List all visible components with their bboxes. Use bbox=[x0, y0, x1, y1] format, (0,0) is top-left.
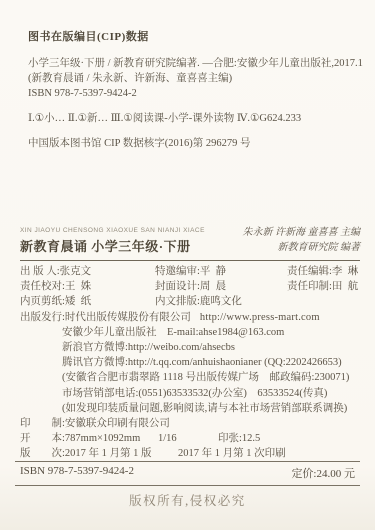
chief-editors: 朱永新 许新海 童喜喜 主编 bbox=[243, 226, 361, 241]
cip-record-number: 中国版本图书馆 CIP 数据核字(2016)第 296279 号 bbox=[28, 135, 361, 150]
format-fraction: 1/16 bbox=[158, 431, 218, 446]
quality-note: (如发现印装质量问题,影响阅读,请与本社市场营销部联系调换) bbox=[62, 401, 347, 416]
cip-isbn-line: ISBN 978-7-5397-9424-2 bbox=[28, 86, 361, 101]
cip-description-line: 小学三年级·下册 / 新教育研究院编著. —合肥:安徽少年儿童出版社,2017.… bbox=[28, 56, 361, 71]
publisher-contact-row: 安徽少年儿童出版社 E-mail:ahse1984@163.com bbox=[20, 325, 361, 340]
sina-weibo-url: 新浪官方微博:http://weibo.com/ahsecbs bbox=[62, 340, 235, 355]
isbn-number: ISBN 978-7-5397-9424-2 bbox=[20, 465, 134, 481]
colophon-section: 出 版 人:张克文 特邀编审:平 静 责任编辑:李 琳 责任校对:王 姝 封面设… bbox=[20, 264, 361, 462]
book-format: 开 本:787mm×1092mm bbox=[20, 431, 158, 446]
publisher-row: 出版发行:时代出版传媒股份有限公司 http://www.press-mart.… bbox=[20, 310, 361, 325]
printer-row: 印 制:安徽联众印刷有限公司 bbox=[20, 416, 361, 431]
book-title-pinyin: XIN JIAOYU CHENSONG XIAOXUE SAN NIANJI X… bbox=[20, 227, 205, 234]
impression: 2017 年 1 月第 1 次印刷 bbox=[178, 446, 361, 461]
staff-row: 出 版 人:张克文 特邀编审:平 静 责任编辑:李 琳 bbox=[20, 264, 361, 279]
publisher-person: 出 版 人:张克文 bbox=[20, 264, 155, 279]
tencent-weibo-row: 腾讯官方微博:http://t.qq.com/anhuishaonianer (… bbox=[20, 355, 361, 370]
cip-section: 图书在版编目(CIP)数据 小学三年级·下册 / 新教育研究院编著. —合肥:安… bbox=[28, 28, 361, 150]
format-row: 开 本:787mm×1092mm 1/16 印张:12.5 bbox=[20, 431, 361, 446]
copyright-notice: 版权所有,侵权必究 bbox=[0, 491, 375, 509]
isbn-price-strip: ISBN 978-7-5397-9424-2 定价:24.00 元 bbox=[15, 461, 360, 486]
staff-row: 责任校对:王 姝 封面设计:周 晨 责任印制:田 航 bbox=[20, 279, 361, 294]
price: 定价:24.00 元 bbox=[291, 465, 355, 481]
printer-name: 印 制:安徽联众印刷有限公司 bbox=[20, 416, 170, 431]
marketing-phone: 市场营销部电话:(0551)63533532(办公室) 63533524(传真) bbox=[62, 386, 327, 401]
edition: 版 次:2017 年 1 月第 1 版 bbox=[20, 446, 178, 461]
papercut-artist: 内页剪纸:矮 纸 bbox=[20, 294, 155, 309]
cover-designer: 封面设计:周 晨 bbox=[155, 279, 287, 294]
invited-reviewer: 特邀编审:平 静 bbox=[155, 264, 287, 279]
print-supervisor: 责任印制:田 航 bbox=[287, 279, 361, 294]
responsible-editor: 责任编辑:李 琳 bbox=[287, 264, 361, 279]
cip-description-line: (新教育晨诵 / 朱永新、许新海、童喜喜主编) bbox=[28, 71, 361, 86]
compiler: 新教育研究院 编著 bbox=[243, 241, 361, 256]
book-title: 新教育晨诵 小学三年级·下册 bbox=[20, 236, 205, 255]
publisher-url: http://www.press-mart.com bbox=[200, 310, 320, 325]
quality-note-row: (如发现印装质量问题,影响阅读,请与本社市场营销部联系调换) bbox=[20, 401, 361, 416]
typesetter: 内文排版:鹿鸣文化 bbox=[155, 294, 287, 309]
edition-row: 版 次:2017 年 1 月第 1 版 2017 年 1 月第 1 次印刷 bbox=[20, 446, 361, 461]
tencent-weibo-url: 腾讯官方微博:http://t.qq.com/anhuishaonianer (… bbox=[62, 355, 342, 370]
title-band: XIN JIAOYU CHENSONG XIAOXUE SAN NIANJI X… bbox=[20, 226, 360, 261]
staff-row: 内页剪纸:矮 纸 内文排版:鹿鸣文化 bbox=[20, 294, 361, 309]
publisher-name: 出版发行:时代出版传媒股份有限公司 bbox=[20, 310, 191, 325]
cip-classification: Ⅰ.①小… Ⅱ.①新… Ⅲ.①阅读课-小学-课外读物 Ⅳ.①G624.233 bbox=[28, 110, 361, 125]
printed-sheets: 印张:12.5 bbox=[218, 431, 361, 446]
book-copyright-page: 图书在版编目(CIP)数据 小学三年级·下册 / 新教育研究院编著. —合肥:安… bbox=[0, 0, 375, 530]
title-band-left: XIN JIAOYU CHENSONG XIAOXUE SAN NIANJI X… bbox=[20, 227, 205, 255]
publisher-address: (安徽省合肥市翡翠路 1118 号出版传媒广场 邮政编码:230071) bbox=[62, 370, 349, 385]
cip-description: 小学三年级·下册 / 新教育研究院编著. —合肥:安徽少年儿童出版社,2017.… bbox=[28, 56, 361, 101]
publisher-email: 安徽少年儿童出版社 E-mail:ahse1984@163.com bbox=[62, 325, 284, 340]
weibo-row: 新浪官方微博:http://weibo.com/ahsecbs bbox=[20, 340, 361, 355]
phone-row: 市场营销部电话:(0551)63533532(办公室) 63533524(传真) bbox=[20, 386, 361, 401]
title-band-editors: 朱永新 许新海 童喜喜 主编 新教育研究院 编著 bbox=[243, 226, 361, 255]
proofreader: 责任校对:王 姝 bbox=[20, 279, 155, 294]
address-row: (安徽省合肥市翡翠路 1118 号出版传媒广场 邮政编码:230071) bbox=[20, 370, 361, 385]
cip-heading: 图书在版编目(CIP)数据 bbox=[28, 28, 361, 44]
